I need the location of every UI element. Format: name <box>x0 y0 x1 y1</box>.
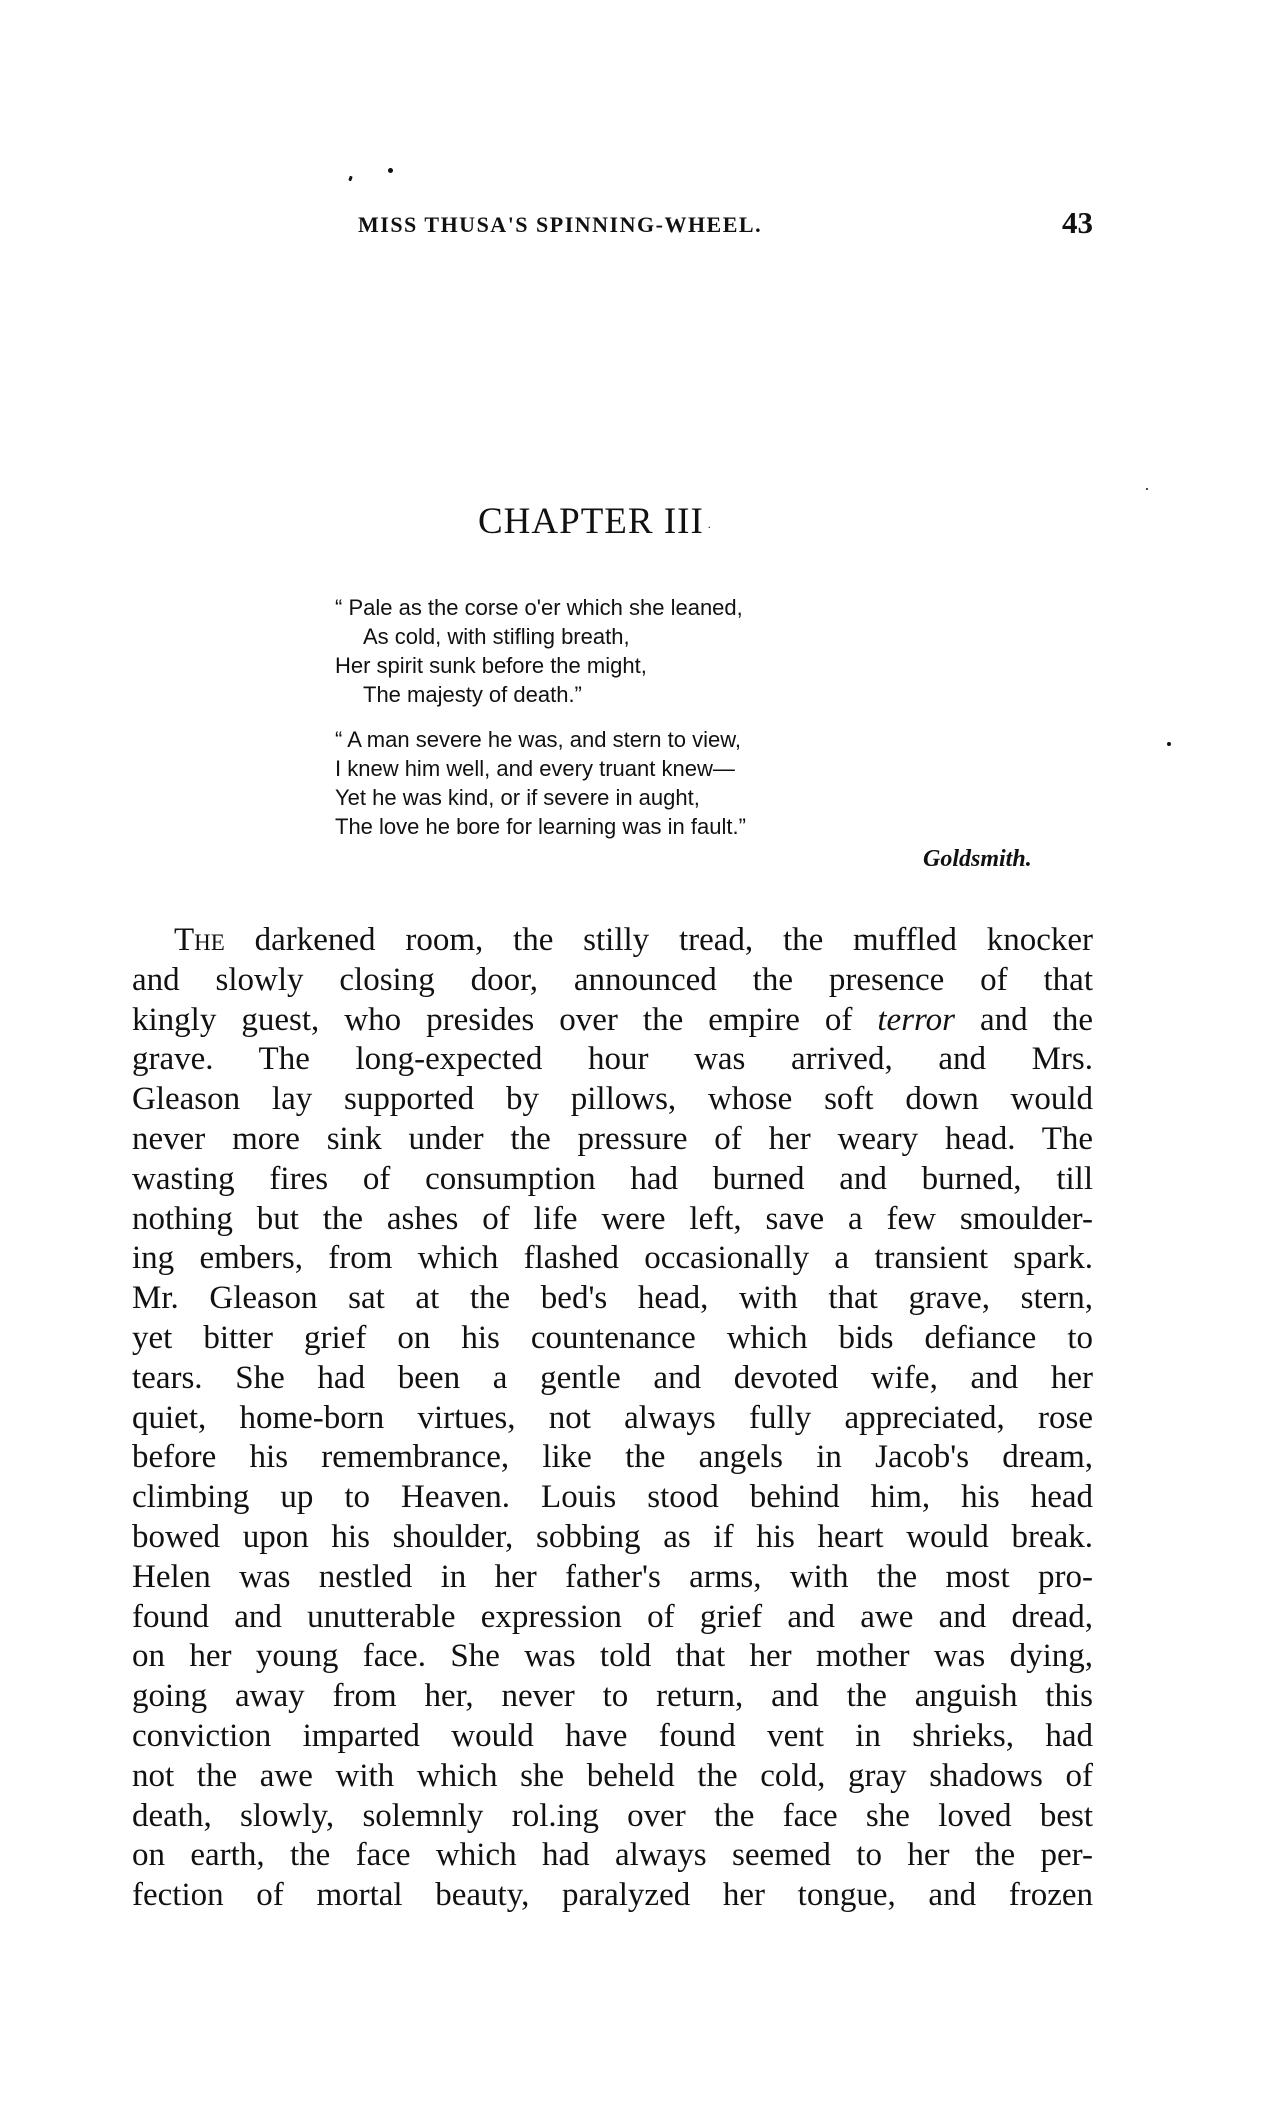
body-line: on her young face. She was told that her… <box>132 1637 1093 1677</box>
body-line: found and unutterable expression of grie… <box>132 1598 1093 1638</box>
body-line-text: darkened room, the stilly tread, the muf… <box>225 922 1093 958</box>
body-line: bowed upon his shoulder, sobbing as if h… <box>132 1518 1093 1558</box>
body-line: and slowly closing door, announced the p… <box>132 961 1093 1001</box>
epigraph-stanza-1: “ Pale as the corse o'er which she leane… <box>335 593 1075 709</box>
body-line: fection of mortal beauty, paralyzed her … <box>132 1876 1093 1916</box>
body-line: The darkened room, the stilly tread, the… <box>132 921 1093 961</box>
epigraph-line: I knew him well, and every truant knew— <box>335 754 1075 783</box>
body-line: yet bitter grief on his countenance whic… <box>132 1319 1093 1359</box>
body-line: climbing up to Heaven. Louis stood behin… <box>132 1478 1093 1518</box>
book-page: MISS THUSA'S SPINNING-WHEEL. 43 CHAPTER … <box>0 0 1269 2114</box>
epigraph-line: “ A man severe he was, and stern to view… <box>335 725 1075 754</box>
epigraph-line: “ Pale as the corse o'er which she leane… <box>335 593 1075 622</box>
body-line: Mr. Gleason sat at the bed's head, with … <box>132 1279 1093 1319</box>
epigraph-line: As cold, with stifling breath, <box>335 622 1075 651</box>
page-number: 43 <box>1062 205 1093 241</box>
body-line: Gleason lay supported by pillows, whose … <box>132 1080 1093 1120</box>
scan-speck <box>1167 742 1171 746</box>
body-line: tears. She had been a gentle and devoted… <box>132 1359 1093 1399</box>
body-line: before his remembrance, like the angels … <box>132 1438 1093 1478</box>
body-paragraph: The darkened room, the stilly tread, the… <box>132 921 1093 1916</box>
body-line: not the awe with which she beheld the co… <box>132 1757 1093 1797</box>
body-line: going away from her, never to return, an… <box>132 1677 1093 1717</box>
body-line: quiet, home-born virtues, not always ful… <box>132 1399 1093 1439</box>
body-line: conviction imparted would have found ven… <box>132 1717 1093 1757</box>
body-line: Helen was nestled in her father's arms, … <box>132 1558 1093 1598</box>
epigraph-line: Her spirit sunk before the might, <box>335 651 1075 680</box>
chapter-title-text: CHAPTER III <box>478 501 704 542</box>
body-line: nothing but the ashes of life were left,… <box>132 1200 1093 1240</box>
body-line: grave. The long-expected hour was arrive… <box>132 1040 1093 1080</box>
title-dot: . <box>708 517 712 531</box>
body-line-text: and the <box>955 1002 1093 1038</box>
chapter-title: CHAPTER III. <box>478 500 712 543</box>
epigraph-stanza-2: “ A man severe he was, and stern to view… <box>335 725 1075 841</box>
body-line: ing embers, from which flashed occasiona… <box>132 1239 1093 1279</box>
body-line: wasting fires of consumption had burned … <box>132 1160 1093 1200</box>
epigraph: “ Pale as the corse o'er which she leane… <box>335 593 1075 857</box>
running-head: MISS THUSA'S SPINNING-WHEEL. <box>358 212 762 238</box>
italic-word: terror <box>877 1002 955 1038</box>
body-line: on earth, the face which had always seem… <box>132 1836 1093 1876</box>
scan-speck <box>388 168 393 173</box>
body-line-text: kingly guest, who presides over the empi… <box>132 1002 877 1038</box>
epigraph-line: Yet he was kind, or if severe in aught, <box>335 783 1075 812</box>
epigraph-line: The love he bore for learning was in fau… <box>335 812 1075 841</box>
scan-speck <box>348 176 353 182</box>
body-line: never more sink under the pressure of he… <box>132 1120 1093 1160</box>
scan-speck <box>1146 488 1148 490</box>
dropcap-word: The <box>174 922 225 958</box>
body-line: kingly guest, who presides over the empi… <box>132 1001 1093 1041</box>
body-line: death, slowly, solemnly rol.ing over the… <box>132 1797 1093 1837</box>
epigraph-line: The majesty of death.” <box>335 680 1075 709</box>
epigraph-attribution: Goldsmith. <box>923 846 1032 873</box>
